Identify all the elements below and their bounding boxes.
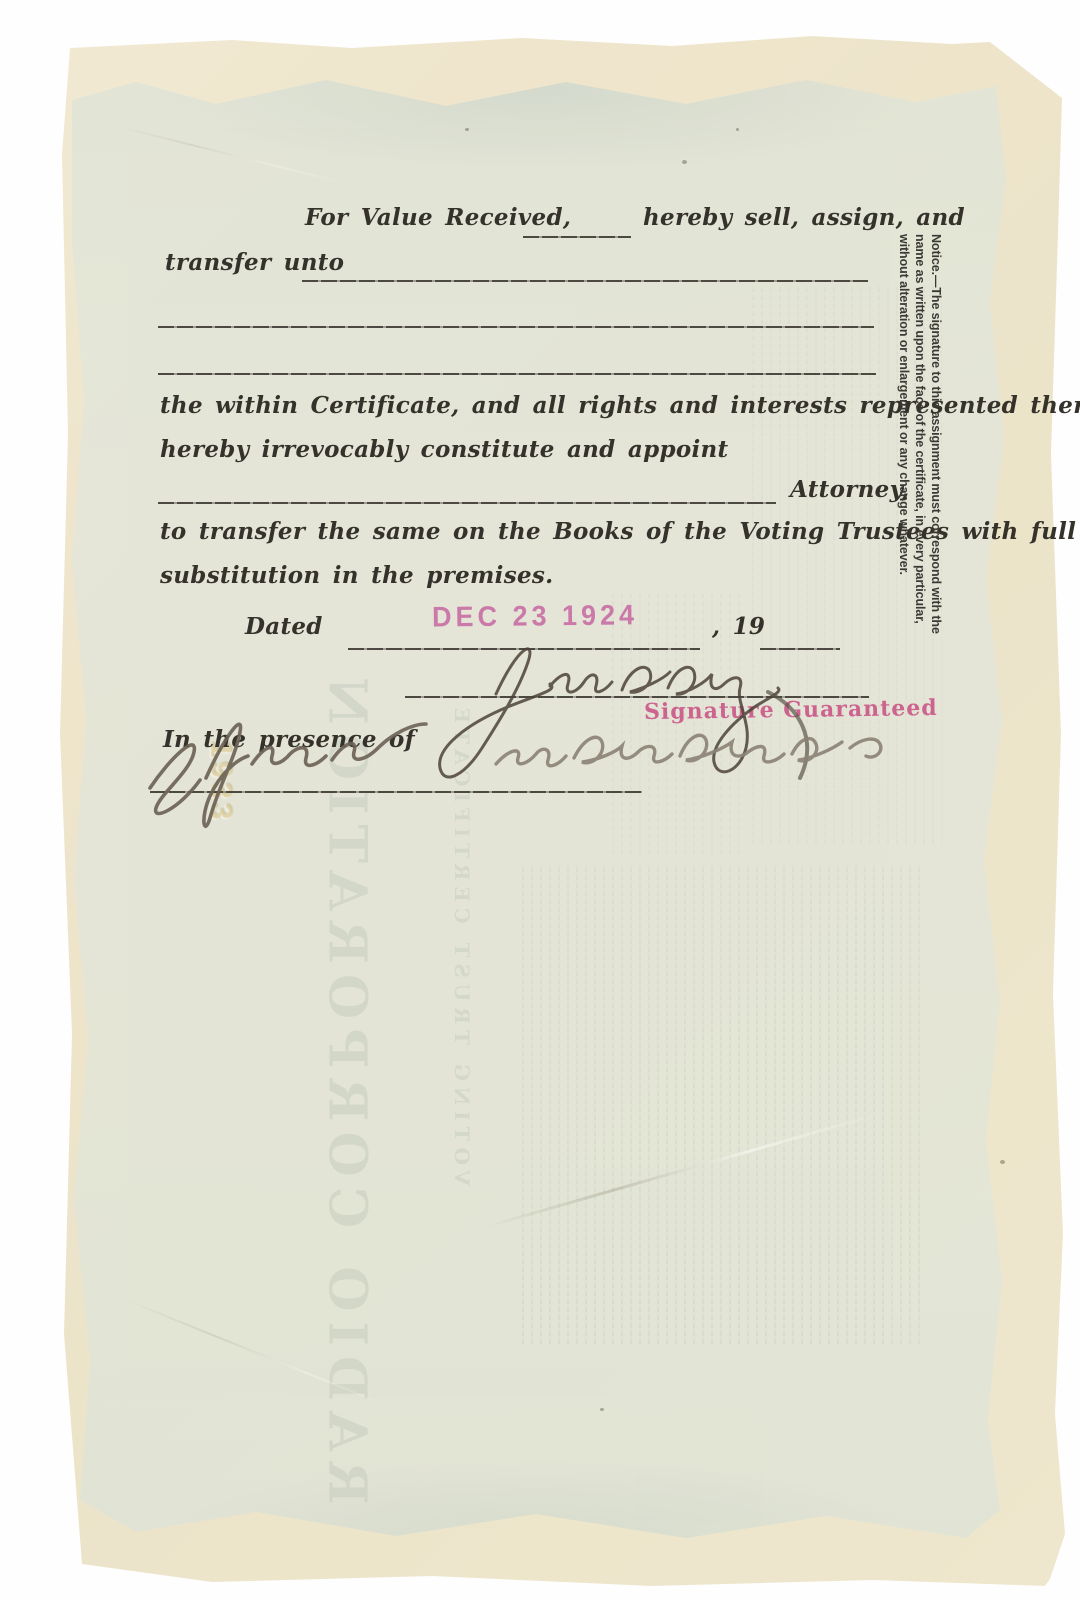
dated-label: Dated [245, 613, 323, 640]
notice-line1: Notice.—The signature to this assignment… [928, 234, 944, 774]
transfer-clause-line2: substitution in the premises. [160, 562, 553, 589]
paper-speck [1000, 1160, 1005, 1164]
ghost-front-fine-print [522, 864, 922, 1344]
blank-line-short [523, 236, 631, 238]
paper-speck [465, 128, 469, 131]
notice-line3: without alteration or enlargement or any… [896, 234, 912, 774]
paper-speck [600, 1408, 604, 1411]
witness-signature [140, 668, 480, 828]
notice-line2: name as written upon the face of the cer… [912, 234, 928, 774]
form-line1-suffix: hereby sell, assign, and [643, 204, 965, 231]
blank-line-transferee [302, 280, 868, 282]
blank-line-attorney [158, 502, 776, 504]
transfer-unto-label: transfer unto [165, 249, 344, 276]
blank-line-full [158, 326, 874, 328]
notice-text: Notice.—The signature to this assignment… [892, 234, 944, 774]
scanned-certificate-back: RADIO CORPORATION VOTING TRUST CERTIFICA… [0, 0, 1080, 1600]
paper-speck [736, 128, 739, 131]
blank-line-full [158, 373, 876, 375]
guarantor-signature [488, 712, 908, 782]
paper-speck [682, 160, 687, 164]
form-line1-prefix: For Value Received, [305, 204, 571, 231]
certificate-clause-line2: hereby irrevocably constitute and appoin… [160, 436, 728, 463]
